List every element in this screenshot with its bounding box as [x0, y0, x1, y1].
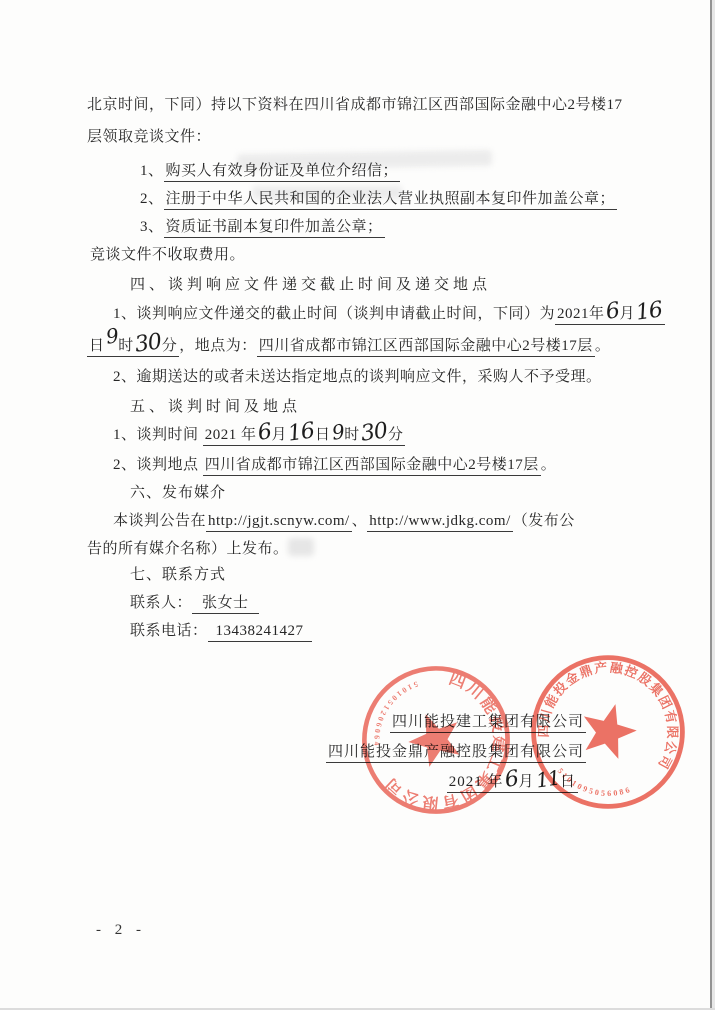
- seal-star-icon: [403, 706, 473, 777]
- section-6-para-1: 本谈判公告在http://jgjt.scnyw.com/、http://www.…: [113, 512, 575, 531]
- page-number: - 2 -: [96, 922, 146, 939]
- minute-label: 分: [162, 338, 178, 354]
- item-number: 2、: [140, 191, 164, 207]
- contact-label: 联系人：: [130, 595, 192, 611]
- month-label: 月: [272, 427, 288, 443]
- intro-line-2: 层领取竞谈文件：: [87, 128, 211, 147]
- section-6-para-1-cont: 告的所有媒介名称）上发布。: [87, 540, 289, 559]
- negotiation-time-label: 1、谈判时间: [113, 427, 203, 443]
- negotiation-address: 四川省成都市锦江区西部国际金融中心2号楼17层: [203, 457, 541, 476]
- section-5-para-2: 2、谈判地点 四川省成都市锦江区西部国际金融中心2号楼17层。: [113, 456, 556, 475]
- seal-star-icon: [576, 697, 642, 761]
- section-4-heading: 四、谈判响应文件递交截止时间及递交地点: [130, 276, 491, 295]
- negotiation-place-label: 2、谈判地点: [113, 457, 203, 473]
- pickup-item-3: 3、资质证书副本复印件加盖公章；: [140, 218, 385, 237]
- contact-person-line: 联系人：张女士: [130, 594, 259, 613]
- item-number: 1、: [140, 163, 164, 179]
- section-6-heading: 六、发布媒介: [130, 484, 226, 503]
- handwritten-day: 16: [286, 426, 315, 440]
- period: 。: [595, 338, 611, 354]
- deadline-text: 1、谈判响应文件递交的截止时间（谈判申请截止时间，下同）为: [113, 306, 555, 322]
- hour-label: 时: [118, 338, 134, 354]
- handwritten-hour: 9: [104, 330, 119, 342]
- item-text: 注册于中华人民共和国的企业法人营业执照副本复印件加盖公章；: [164, 191, 618, 210]
- announce-url-2: http://www.jdkg.com/: [367, 513, 513, 532]
- section-4-para-1: 1、谈判响应文件递交的截止时间（谈判申请截止时间，下同）为2021年6月16: [113, 305, 665, 324]
- hour-label: 时: [344, 427, 360, 443]
- contact-name: 张女士: [192, 595, 259, 614]
- year-text: 2021 年: [205, 427, 257, 443]
- announce-suffix: （发布公: [513, 513, 575, 529]
- negotiation-datetime: 2021 年6月16日9时30分: [203, 427, 406, 446]
- year-text: 2021年: [557, 306, 605, 322]
- day-label: 日: [89, 338, 105, 354]
- intro-line-1: 北京时间，下同）持以下资料在四川省成都市锦江区西部国际金融中心2号楼17: [87, 96, 623, 115]
- handwritten-month: 6: [604, 306, 620, 318]
- scan-edge-right: [710, 0, 712, 1010]
- deadline-date: 2021年6月16: [555, 306, 665, 325]
- pickup-item-2: 2、注册于中华人民共和国的企业法人营业执照副本复印件加盖公章；: [140, 190, 617, 209]
- minute-label: 分: [388, 427, 404, 443]
- section-7-heading: 七、联系方式: [130, 566, 226, 585]
- pencil-mark: [288, 538, 314, 556]
- scanned-document-page: 北京时间，下同）持以下资料在四川省成都市锦江区西部国际金融中心2号楼17 层领取…: [0, 0, 715, 1010]
- announce-url-1: http://jgjt.scnyw.com/: [206, 513, 352, 532]
- pickup-item-1: 1、购买人有效身份证及单位介绍信；: [140, 162, 400, 181]
- contact-phone-line: 联系电话：13438241427: [130, 622, 312, 641]
- phone-label: 联系电话：: [130, 623, 208, 639]
- period: 。: [541, 457, 557, 473]
- section-4-para-1-cont: 日9时30分，地点为：四川省成都市锦江区西部国际金融中心2号楼17层。: [87, 337, 610, 356]
- section-5-heading: 五、谈判时间及地点: [130, 398, 301, 417]
- handwritten-minute: 30: [359, 426, 388, 440]
- location-lead: ，地点为：: [179, 338, 257, 354]
- handwritten-minute: 30: [133, 337, 162, 351]
- phone-number: 13438241427: [208, 623, 312, 642]
- handwritten-day: 16: [634, 305, 663, 319]
- submission-address: 四川省成都市锦江区西部国际金融中心2号楼17层: [257, 338, 595, 357]
- deadline-time: 日9时30分: [87, 338, 179, 357]
- announce-lead: 本谈判公告在: [113, 513, 206, 529]
- item-number: 3、: [140, 219, 164, 235]
- section-4-para-2: 2、逾期送达的或者未送达指定地点的谈判响应文件，采购人不予受理。: [113, 368, 602, 387]
- company-seal-left: 四川能投建工集团有限公司 5101051206064: [330, 634, 542, 846]
- section-5-para-1: 1、谈判时间 2021 年6月16日9时30分: [113, 426, 405, 445]
- handwritten-hour: 9: [330, 426, 345, 438]
- url-separator: 、: [352, 513, 368, 529]
- handwritten-month: 6: [256, 427, 272, 439]
- day-label: 日: [315, 427, 331, 443]
- no-fee-note: 竞谈文件不收取费用。: [90, 246, 245, 265]
- item-text: 资质证书副本复印件加盖公章；: [164, 219, 385, 238]
- month-label: 月: [620, 306, 636, 322]
- seal-serial-text: 5101095056086: [552, 765, 635, 806]
- item-text: 购买人有效身份证及单位介绍信；: [164, 163, 401, 182]
- company-seal-right: 四川能投金鼎产融控股集团有限公司 5101095056086: [510, 634, 706, 830]
